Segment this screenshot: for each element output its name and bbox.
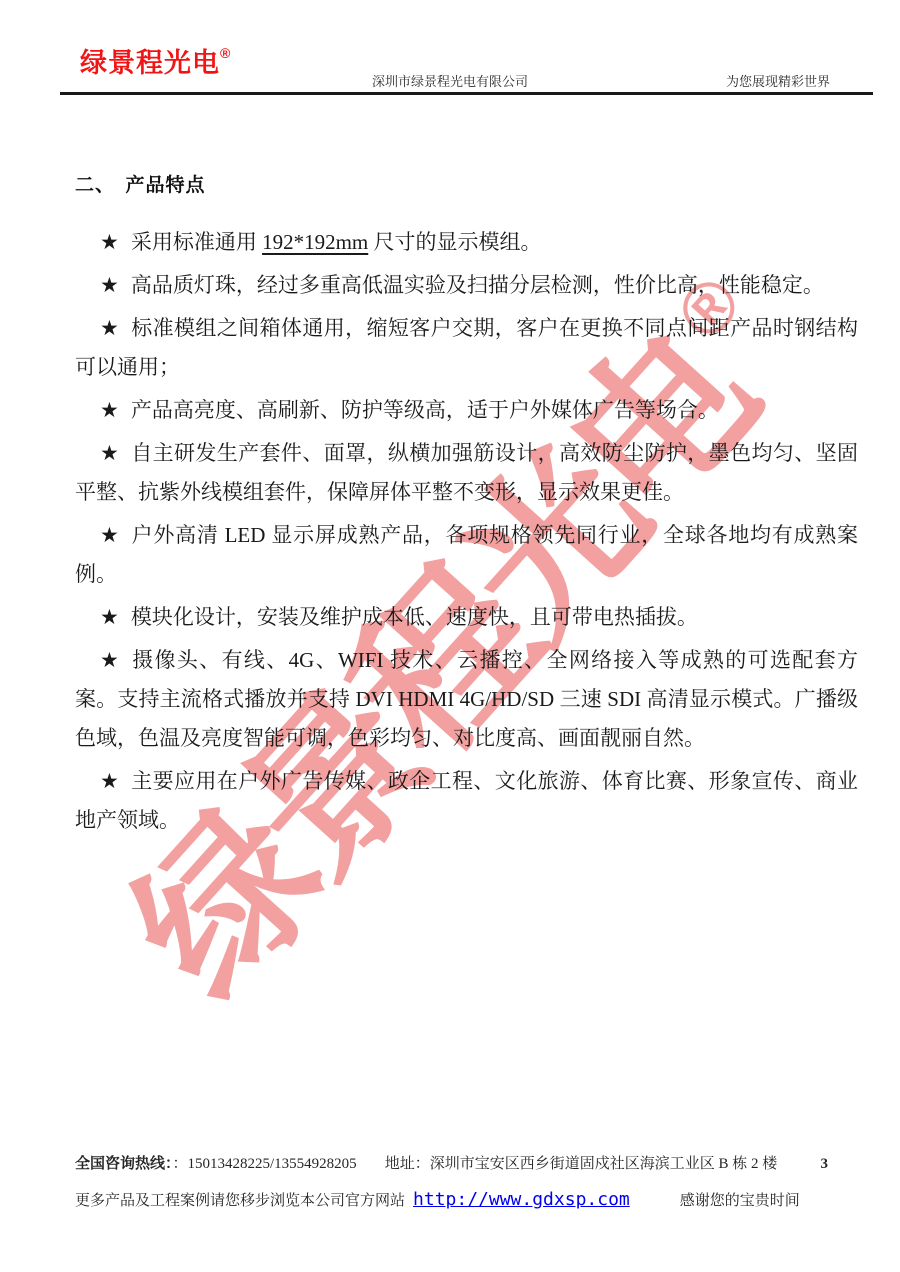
document-page: 绿景程光电® 绿景程光电® 深圳市绿景程光电有限公司 为您展现精彩世界 二、 产…	[0, 0, 900, 1272]
page-footer: 全国咨询热线：：15013428225/13554928205地址：深圳市宝安区…	[75, 1152, 858, 1213]
feature-text: 高品质灯珠，经过多重高低温实验及扫描分层检测，性价比高，性能稳定。	[131, 273, 824, 297]
hotline-numbers: ：15013428225/13554928205	[173, 1156, 357, 1172]
star-bullet-icon: ★	[100, 523, 120, 547]
company-address: 地址：深圳市宝安区西乡街道固戍社区海滨工业区 B 栋 2 楼	[385, 1156, 778, 1172]
feature-text: 产品高亮度、高刷新、防护等级高，适于户外媒体广告等场合。	[131, 398, 719, 422]
page-number: 3	[821, 1152, 829, 1176]
star-bullet-icon: ★	[100, 648, 120, 672]
feature-text: 尺寸的显示模组。	[368, 230, 541, 254]
star-bullet-icon: ★	[100, 605, 119, 629]
header-slogan: 为您展现精彩世界	[726, 71, 830, 90]
feature-text-underlined: 192*192mm	[262, 230, 368, 254]
feature-text: 采用标准通用	[131, 230, 262, 254]
footer-thanks-text: 感谢您的宝贵时间	[680, 1193, 800, 1209]
feature-text: 标准模组之间箱体通用，缩短客户交期，客户在更换不同点间距产品时钢结构可以通用；	[75, 316, 858, 379]
hotline-label: 全国咨询热线：	[75, 1156, 173, 1172]
feature-item: ★摄像头、有线、4G、WIFI 技术、云播控、全网络接入等成熟的可选配套方案。支…	[75, 641, 858, 758]
footer-line-1: 全国咨询热线：：15013428225/13554928205地址：深圳市宝安区…	[75, 1152, 858, 1176]
header-divider	[60, 92, 873, 95]
feature-text: 主要应用在户外广告传媒、政企工程、文化旅游、体育比赛、形象宣传、商业地产领域。	[75, 769, 858, 832]
star-bullet-icon: ★	[100, 441, 119, 465]
star-bullet-icon: ★	[100, 769, 119, 793]
feature-item: ★采用标准通用 192*192mm 尺寸的显示模组。	[75, 223, 858, 262]
star-bullet-icon: ★	[100, 273, 119, 297]
feature-item: ★模块化设计，安装及维护成本低、速度快，且可带电热插拔。	[75, 598, 858, 637]
star-bullet-icon: ★	[100, 230, 119, 254]
star-bullet-icon: ★	[100, 398, 119, 422]
feature-text: 模块化设计，安装及维护成本低、速度快，且可带电热插拔。	[131, 605, 698, 629]
footer-line-2: 更多产品及工程案例请您移步浏览本公司官方网站http://www.gdxsp.c…	[75, 1188, 858, 1213]
website-link[interactable]: http://www.gdxsp.com	[413, 1189, 630, 1210]
star-bullet-icon: ★	[100, 316, 119, 340]
feature-item: ★户外高清 LED 显示屏成熟产品，各项规格领先同行业，全球各地均有成熟案例。	[75, 516, 858, 594]
feature-item: ★自主研发生产套件、面罩，纵横加强筋设计，高效防尘防护，墨色均匀、坚固平整、抗紫…	[75, 434, 858, 512]
feature-item: ★主要应用在户外广告传媒、政企工程、文化旅游、体育比赛、形象宣传、商业地产领域。	[75, 762, 858, 840]
feature-text: 自主研发生产套件、面罩，纵横加强筋设计，高效防尘防护，墨色均匀、坚固平整、抗紫外…	[75, 441, 858, 504]
feature-text: 摄像头、有线、4G、WIFI 技术、云播控、全网络接入等成熟的可选配套方案。支持…	[75, 648, 858, 750]
registered-trademark-icon: ®	[220, 45, 230, 61]
feature-text: 户外高清 LED 显示屏成熟产品，各项规格领先同行业，全球各地均有成熟案例。	[75, 523, 858, 586]
feature-item: ★产品高亮度、高刷新、防护等级高，适于户外媒体广告等场合。	[75, 391, 858, 430]
main-content: 二、 产品特点 ★采用标准通用 192*192mm 尺寸的显示模组。 ★高品质灯…	[75, 170, 858, 844]
feature-item: ★标准模组之间箱体通用，缩短客户交期，客户在更换不同点间距产品时钢结构可以通用；	[75, 309, 858, 387]
feature-item: ★高品质灯珠，经过多重高低温实验及扫描分层检测，性价比高，性能稳定。	[75, 266, 858, 305]
footer-more-text: 更多产品及工程案例请您移步浏览本公司官方网站	[75, 1193, 405, 1209]
section-title: 二、 产品特点	[75, 170, 858, 197]
